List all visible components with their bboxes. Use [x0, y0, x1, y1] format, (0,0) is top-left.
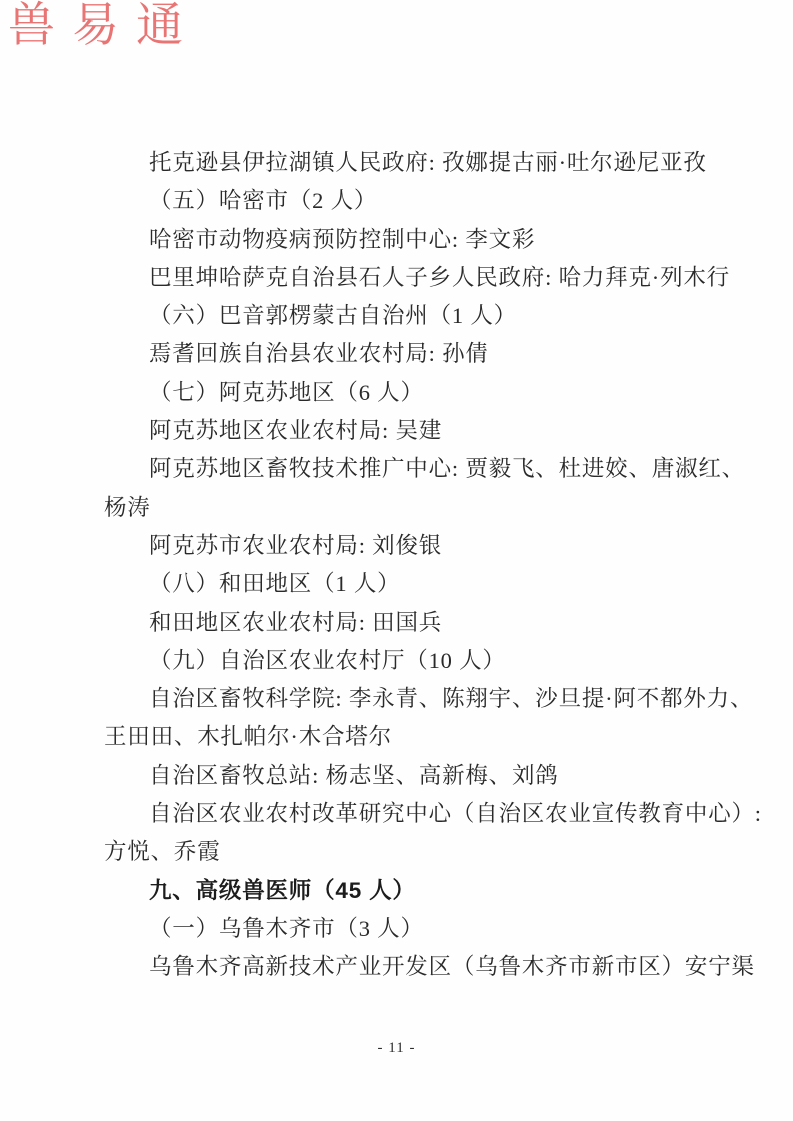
- document-line: 哈密市动物疫病预防控制中心: 李文彩: [104, 221, 710, 259]
- document-line: （一）乌鲁木齐市（3 人）: [104, 910, 710, 948]
- document-line: 阿克苏地区农业农村局: 吴建: [104, 412, 710, 450]
- document-line: 自治区畜牧科学院: 李永青、陈翔宇、沙旦提·阿不都外力、: [104, 680, 710, 718]
- document-page: 兽易通 托克逊县伊拉湖镇人民政府: 孜娜提古丽·吐尔逊尼亚孜 （五）哈密市（2 …: [0, 0, 793, 1121]
- document-body: 托克逊县伊拉湖镇人民政府: 孜娜提古丽·吐尔逊尼亚孜 （五）哈密市（2 人） 哈…: [104, 144, 710, 987]
- document-line: 阿克苏地区畜牧技术推广中心: 贾毅飞、杜进姣、唐淑红、: [104, 450, 710, 488]
- document-line-continuation: 王田田、木扎帕尔·木合塔尔: [104, 718, 710, 756]
- document-line-continuation: 方悦、乔霞: [104, 833, 710, 871]
- document-line: 巴里坤哈萨克自治县石人子乡人民政府: 哈力拜克·列木行: [104, 259, 710, 297]
- document-line: 托克逊县伊拉湖镇人民政府: 孜娜提古丽·吐尔逊尼亚孜: [104, 144, 710, 182]
- document-line: 自治区农业农村改革研究中心（自治区农业宣传教育中心）:: [104, 795, 710, 833]
- document-line: 自治区畜牧总站: 杨志坚、高新梅、刘鸽: [104, 757, 710, 795]
- document-line: 和田地区农业农村局: 田国兵: [104, 604, 710, 642]
- document-line-continuation: 杨涛: [104, 489, 710, 527]
- document-line: （七）阿克苏地区（6 人）: [104, 374, 710, 412]
- page-number: - 11 -: [0, 1040, 793, 1057]
- document-line: （八）和田地区（1 人）: [104, 565, 710, 603]
- document-line: 乌鲁木齐高新技术产业开发区（乌鲁木齐市新市区）安宁渠: [104, 948, 710, 986]
- document-line: （六）巴音郭楞蒙古自治州（1 人）: [104, 297, 710, 335]
- watermark-logo: 兽易通: [8, 0, 200, 54]
- section-heading: 九、高级兽医师（45 人）: [104, 872, 710, 910]
- document-line: 阿克苏市农业农村局: 刘俊银: [104, 527, 710, 565]
- document-line: （九）自治区农业农村厅（10 人）: [104, 642, 710, 680]
- document-line: （五）哈密市（2 人）: [104, 182, 710, 220]
- document-line: 焉耆回族自治县农业农村局: 孙倩: [104, 335, 710, 373]
